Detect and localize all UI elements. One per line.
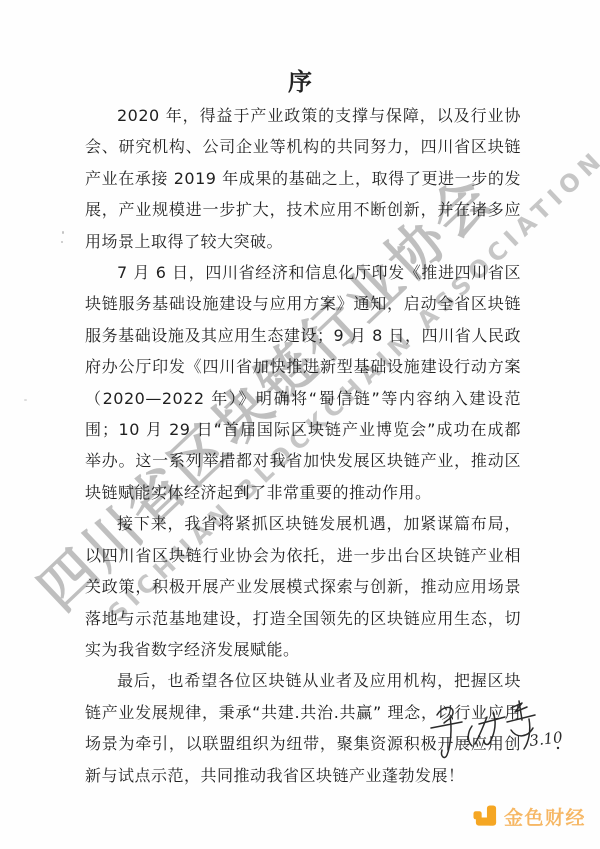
handwritten-signature: 3.10 (400, 693, 565, 769)
scan-speck (24, 399, 27, 401)
document-page: 四川省区块链行业协会 SICHUAN BLOCKCHAIN ASSOCIATIO… (0, 0, 600, 849)
scan-speck (62, 231, 64, 234)
signature-dot (557, 747, 559, 749)
signature-date: 3.10 (528, 728, 564, 750)
paragraph-1: 2020 年，得益于产业政策的支撑与保障，以及行业协会、研究机构、公司企业等机构… (85, 100, 521, 257)
jinse-finance-logo: 金色财经 (473, 803, 586, 830)
scan-speck (61, 241, 63, 243)
page-title: 序 (0, 62, 600, 97)
jinse-blocks-icon (473, 804, 498, 829)
paragraph-2: 7 月 6 日，四川省经济和信息化厅印发《推进四川省区块链服务基础设施建设与应用… (85, 257, 521, 508)
signature-scribble-icon: 3.10 (400, 693, 565, 765)
body-text: 2020 年，得益于产业政策的支撑与保障，以及行业协会、研究机构、公司企业等机构… (85, 100, 521, 791)
paragraph-3: 接下来，我省将紧抓区块链发展机遇，加紧谋篇布局，以四川省区块链行业协会为依托，进… (85, 508, 521, 665)
jinse-logo-text: 金色财经 (504, 803, 586, 830)
